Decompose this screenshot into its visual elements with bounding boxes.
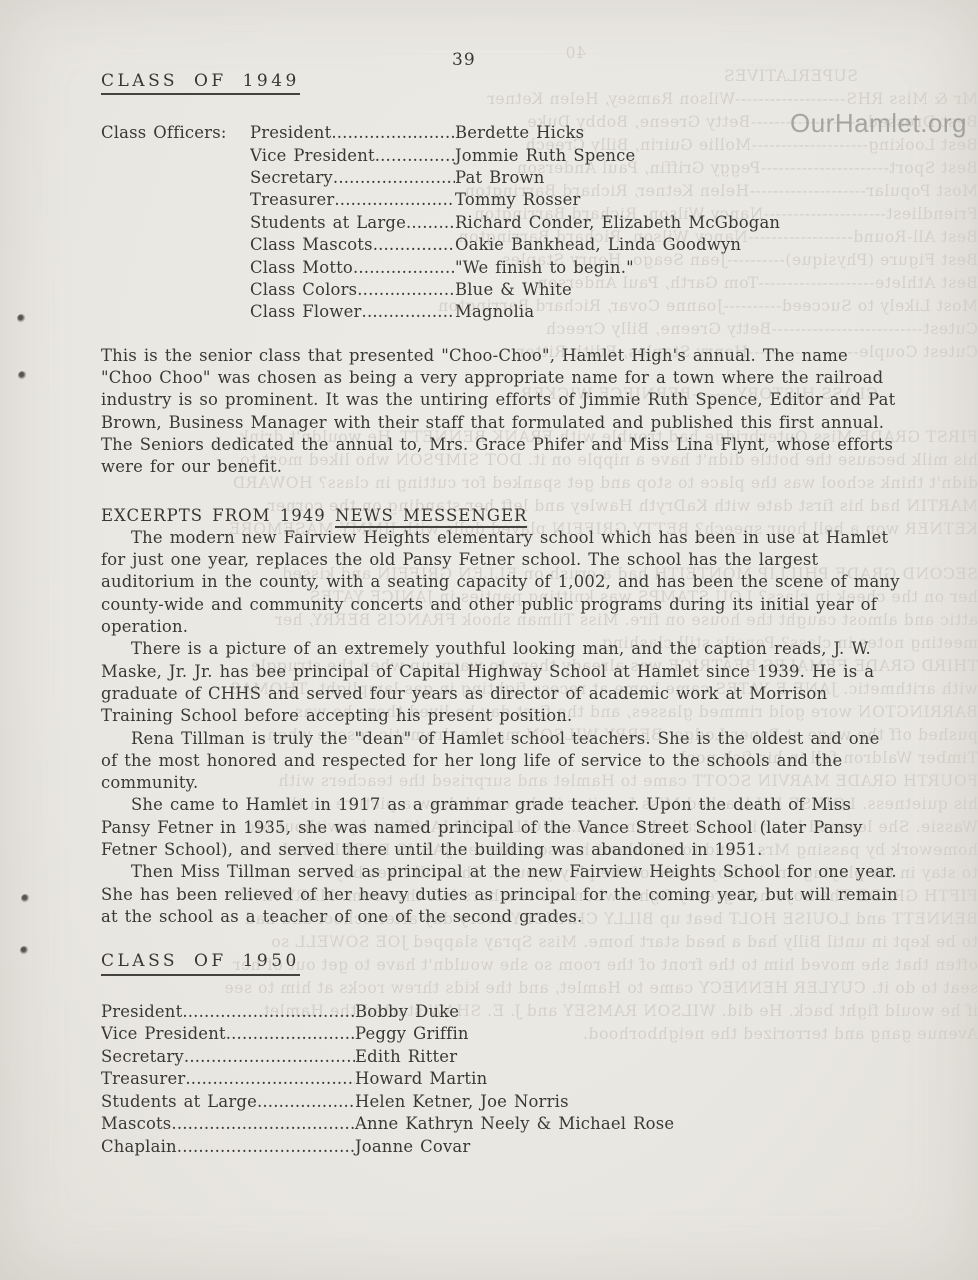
dot-leader bbox=[182, 1001, 355, 1023]
excerpts-heading-underlined: NEWS MESSENGER bbox=[335, 506, 527, 528]
officer-name: "We finish to begin." bbox=[455, 257, 634, 279]
officer-title: Class Flower bbox=[250, 301, 362, 323]
scanned-yearbook-page: 40SUPERLATIVESMr & Miss RHS-------------… bbox=[0, 0, 978, 1280]
dot-leader bbox=[333, 167, 455, 189]
dot-leader bbox=[171, 1113, 355, 1135]
officer-row: PresidentBerdette Hicks bbox=[250, 122, 901, 144]
binding-hole bbox=[18, 371, 27, 380]
officer-row: Class ColorsBlue & White bbox=[250, 279, 901, 301]
officer-title: Treasurer bbox=[101, 1068, 185, 1090]
officer-title: Class Motto bbox=[250, 257, 353, 279]
officer-name: Blue & White bbox=[455, 279, 572, 301]
officer-title: Class Colors bbox=[250, 279, 357, 301]
dot-leader bbox=[331, 122, 455, 144]
officer-row: TreasurerHoward Martin bbox=[101, 1068, 901, 1091]
page-content: CLASS OF 1949 Class Officers: PresidentB… bbox=[101, 70, 901, 1158]
officer-row: ChaplainJoanne Covar bbox=[101, 1136, 901, 1159]
dot-leader bbox=[184, 1046, 355, 1068]
dot-leader bbox=[357, 279, 455, 301]
excerpts-heading: EXCERPTS FROM 1949 NEWS MESSENGER bbox=[101, 505, 901, 527]
binding-hole bbox=[20, 946, 29, 955]
officer-title: Class Mascots bbox=[250, 234, 373, 256]
officer-name: Anne Kathryn Neely & Michael Rose bbox=[355, 1113, 674, 1135]
dot-leader bbox=[177, 1136, 355, 1158]
officer-row: Class MascotsOakie Bankhead, Linda Goodw… bbox=[250, 234, 901, 256]
officer-row: SecretaryPat Brown bbox=[250, 167, 901, 189]
intro-paragraph: This is the senior class that presented … bbox=[101, 345, 901, 479]
binding-hole bbox=[17, 314, 26, 323]
excerpt-paragraph: The modern new Fairview Heights elementa… bbox=[101, 527, 901, 638]
officer-title: President bbox=[250, 122, 331, 144]
excerpt-paragraph: Rena Tillman is truly the "dean" of Haml… bbox=[101, 728, 901, 795]
officer-name: Oakie Bankhead, Linda Goodwyn bbox=[455, 234, 741, 256]
ghost-line: 40 bbox=[565, 44, 586, 62]
officer-name: Howard Martin bbox=[355, 1068, 487, 1090]
dot-leader bbox=[185, 1068, 355, 1090]
class-officers-label: Class Officers: bbox=[101, 122, 250, 324]
officer-name: Tommy Rosser bbox=[455, 189, 581, 211]
officer-title: Vice President bbox=[101, 1023, 226, 1045]
officer-title: Chaplain bbox=[101, 1136, 177, 1158]
section-heading-1950: CLASS OF 1950 bbox=[101, 950, 300, 975]
dot-leader bbox=[362, 301, 455, 323]
dot-leader bbox=[353, 257, 455, 279]
officer-row: Vice PresidentPeggy Griffin bbox=[101, 1023, 901, 1046]
officer-name: Bobby Duke bbox=[355, 1001, 459, 1023]
officer-row: TreasurerTommy Rosser bbox=[250, 189, 901, 211]
officer-row: SecretaryEdith Ritter bbox=[101, 1046, 901, 1069]
dot-leader bbox=[226, 1023, 355, 1045]
officer-title: Students at Large bbox=[250, 212, 406, 234]
officer-row: Students at LargeRichard Conder, Elizabe… bbox=[250, 212, 901, 234]
dot-leader bbox=[334, 189, 455, 211]
binding-hole bbox=[21, 894, 30, 903]
officer-name: Peggy Griffin bbox=[355, 1023, 469, 1045]
officer-title: Students at Large bbox=[101, 1091, 257, 1113]
officer-title: Treasurer bbox=[250, 189, 334, 211]
excerpt-paragraph: Then Miss Tillman served as principal at… bbox=[101, 861, 901, 928]
officer-name: Pat Brown bbox=[455, 167, 545, 189]
officer-title: Mascots bbox=[101, 1113, 171, 1135]
officer-title: Vice President bbox=[250, 145, 375, 167]
section-heading-1949: CLASS OF 1949 bbox=[101, 70, 300, 95]
officer-name: Richard Conder, Elizabeth McGbogan bbox=[455, 212, 780, 234]
officer-row: MascotsAnne Kathryn Neely & Michael Rose bbox=[101, 1113, 901, 1136]
page-number: 39 bbox=[452, 50, 476, 70]
officer-name: Joanne Covar bbox=[355, 1136, 470, 1158]
excerpt-paragraph: She came to Hamlet in 1917 as a grammar … bbox=[101, 794, 901, 861]
dot-leader bbox=[373, 234, 455, 256]
officer-row: Vice PresidentJommie Ruth Spence bbox=[250, 145, 901, 167]
officer-row: Class Motto"We finish to begin." bbox=[250, 257, 901, 279]
officer-name: Magnolia bbox=[455, 301, 534, 323]
officers-1950-block: PresidentBobby Duke Vice PresidentPeggy … bbox=[101, 1001, 901, 1159]
officer-name: Jommie Ruth Spence bbox=[455, 145, 635, 167]
officer-row: PresidentBobby Duke bbox=[101, 1001, 901, 1024]
officer-name: Helen Ketner, Joe Norris bbox=[355, 1091, 569, 1113]
excerpt-paragraph: There is a picture of an extremely youth… bbox=[101, 638, 901, 727]
excerpts-heading-prefix: EXCERPTS FROM 1949 bbox=[101, 506, 335, 525]
officer-title: Secretary bbox=[101, 1046, 184, 1068]
officer-name: Berdette Hicks bbox=[455, 122, 584, 144]
officer-title: President bbox=[101, 1001, 182, 1023]
officers-1949-block: Class Officers: PresidentBerdette Hicks … bbox=[101, 122, 901, 324]
dot-leader bbox=[375, 145, 455, 167]
officer-title: Secretary bbox=[250, 167, 333, 189]
dot-leader bbox=[406, 212, 455, 234]
officer-row: Students at LargeHelen Ketner, Joe Norri… bbox=[101, 1091, 901, 1114]
officer-name: Edith Ritter bbox=[355, 1046, 457, 1068]
officer-row: Class FlowerMagnolia bbox=[250, 301, 901, 323]
dot-leader bbox=[257, 1091, 355, 1113]
